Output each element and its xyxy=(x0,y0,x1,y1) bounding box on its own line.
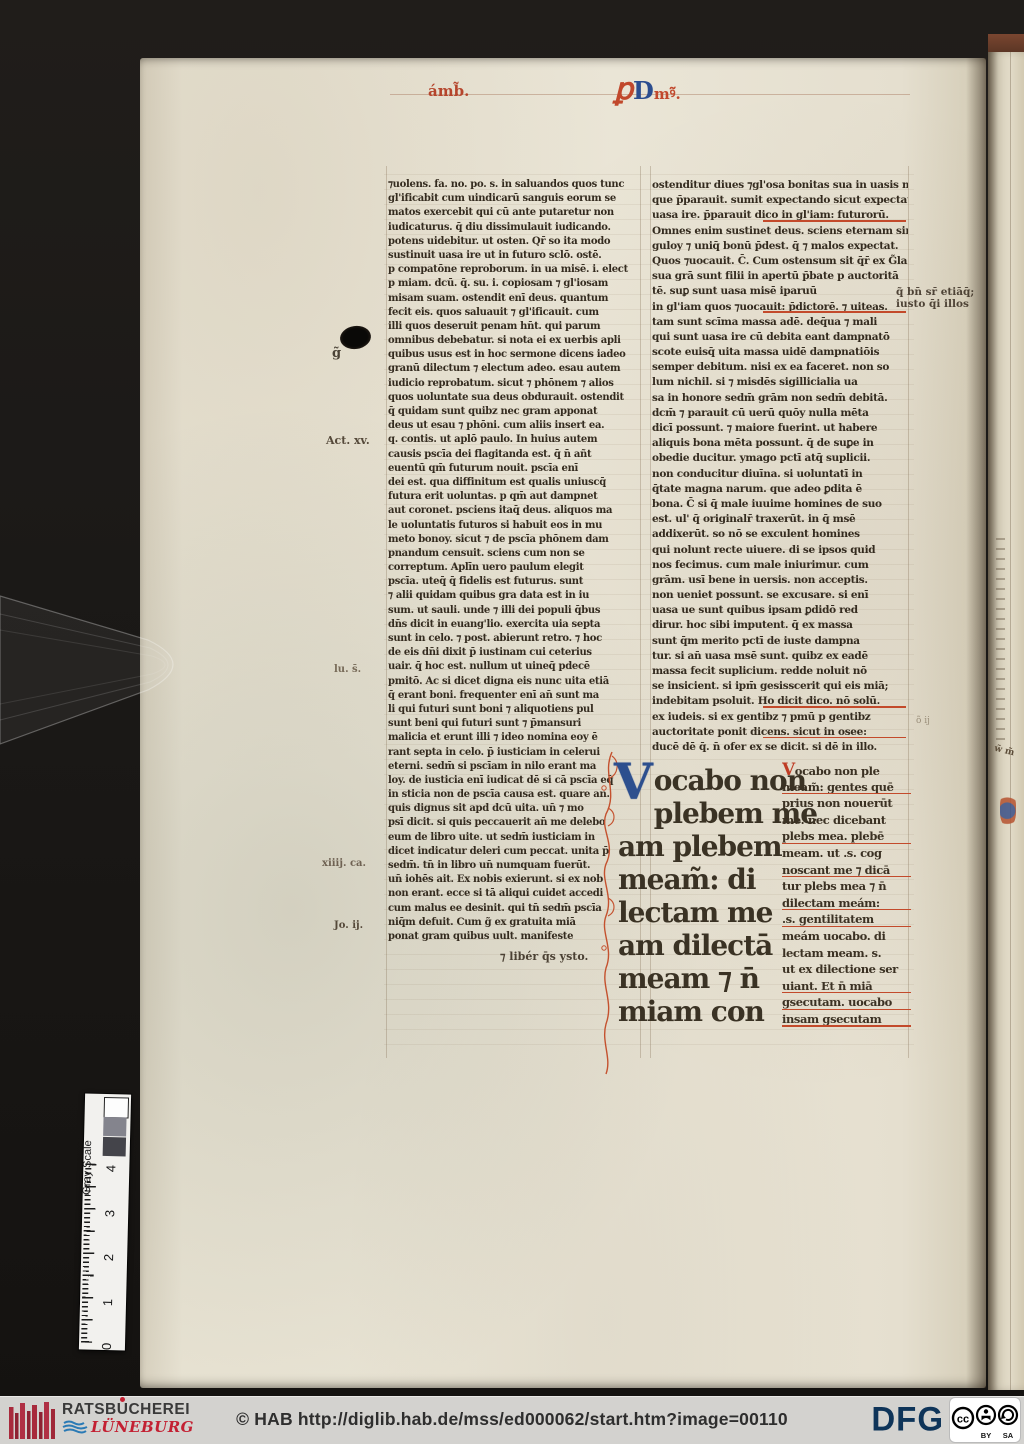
red-initial-v: V xyxy=(782,762,795,779)
running-title-left: ámb̃. xyxy=(428,82,469,100)
manuscript-text-line: sua grā sunt filii in apertū p̄bate p au… xyxy=(652,269,908,284)
gutter-shadow xyxy=(966,58,986,1388)
manuscript-text-line: ex iudeis. si ex gentibz ⁊ pmū p gentibz xyxy=(652,710,908,725)
gloss-line: plebs mea. plebē xyxy=(782,828,916,845)
manuscript-text-line: malicia et erunt illi ⁊ ideo nomina eoy … xyxy=(388,731,640,745)
manuscript-text-line: le uoluntatis futuros si habuit eos in m… xyxy=(388,519,640,533)
ruler-number: 3 xyxy=(102,1202,116,1216)
bleed-through-marks xyxy=(996,538,1005,748)
manuscript-text-line: qui nolunt recte uiuere. di se ipsos qui… xyxy=(652,543,908,558)
manuscript-text-line: indebitam psoluit. Ho dicit dico. nō sol… xyxy=(652,694,908,709)
ruler-number: 4 xyxy=(103,1158,117,1172)
manuscript-text-line: meto bonoy. sicut ⁊ de pscīa phōnem dam xyxy=(388,533,640,547)
gloss-column: Vocabo non plemeam̃: gentes quēprius non… xyxy=(782,762,916,1028)
manuscript-text-line: aliquis bona mēta possunt. q̄ de suꝑe in xyxy=(652,436,908,451)
manuscript-text-line: ostenditur diues ⁊gl'osa bonitas sua in … xyxy=(652,178,908,193)
margin-note: Jo. ij. xyxy=(334,920,363,931)
manuscript-text-line: aut coronet. psciens itaq̄ deus. aliquos… xyxy=(388,504,640,518)
manuscript-text-line: dei est. qua diffinitum est qualis unius… xyxy=(388,476,640,490)
gloss-line: tur plebs mea ⁊ n̄ xyxy=(782,878,916,895)
svg-text:cc: cc xyxy=(957,1414,969,1426)
faint-margin-mark: õ ij xyxy=(916,716,930,726)
lemma-line: meam ⁊ n̄ xyxy=(618,962,776,995)
margin-note: xiiij. ca. xyxy=(322,858,366,869)
manuscript-text-line: iudicio reprobatum. sicut ⁊ phōnem ⁊ ali… xyxy=(388,377,640,391)
manuscript-text-line: non conducitur diuīna. si uoluntatī in xyxy=(652,467,908,482)
manuscript-text-line: in gl'iam quos ⁊uocauit: p̄dictorē. ⁊ ui… xyxy=(652,300,908,315)
manuscript-text-line: que p̄parauit. sumit expectando sicut ex… xyxy=(652,193,908,208)
manuscript-text-line: q̄ quidam sunt quibz nec gram apponat xyxy=(388,405,640,419)
manuscript-text-line: obedie ducitur. ymago pctī atq̄ suplicii… xyxy=(652,451,908,466)
manuscript-text-line: non ueniet possunt. se excusare. si enī xyxy=(652,588,908,603)
gloss-line: prius non nouerūt xyxy=(782,795,916,812)
lemma-line: lectam me xyxy=(618,896,776,929)
gloss-line: ut ex dilectione ser xyxy=(782,961,916,978)
gloss-line: me. nec dicebant xyxy=(782,812,916,829)
manuscript-text-line: sum. ut sauli. unde ⁊ illi dei populi q̄… xyxy=(388,604,640,618)
manuscript-text-line: p miam. dcū. q̄. su. i. copiosam ⁊ gl'io… xyxy=(388,277,640,291)
manuscript-text-line: tur. si an̄ uasa msē sunt. quibz ex eadē xyxy=(652,649,908,664)
calibration-square-dark xyxy=(103,1137,126,1157)
cc-sa-label: SA xyxy=(998,1431,1018,1440)
manuscript-text-line: q̄ erant boni. frequenter enī an̄ sunt m… xyxy=(388,689,640,703)
ruler-number: 1 xyxy=(100,1291,114,1305)
gloss-line: meam̃: gentes quē xyxy=(782,779,916,796)
manuscript-text-line: p compatōne reproborum. in ua misē. i. e… xyxy=(388,263,640,277)
manuscript-text-line: guloy ⁊ uniq̄ bonū p̄dest. q̄ ⁊ malos ex… xyxy=(652,239,908,254)
calibration-square-white xyxy=(104,1097,130,1119)
gloss-line: dilectam meám: xyxy=(782,895,916,912)
manuscript-text-line: futura erit uoluntas. p qm̄ aut dampnet xyxy=(388,490,640,504)
manuscript-text-line: omnibus debebatur. si nota ei ex uerbis … xyxy=(388,334,640,348)
gloss-line: noscant me ⁊ dicā xyxy=(782,862,916,879)
manuscript-text-line: scote euisq̄ uita massa uidē dampnatiōis xyxy=(652,345,908,360)
manuscript-text-line: sunt q̄m merito pctī de iuste dampna xyxy=(652,634,908,649)
manuscript-text-line: pscīa. uteq̄ q̄ fidelis est futurus. sun… xyxy=(388,575,640,589)
manuscript-text-line: sunt in celo. ⁊ post. abierunt retro. ⁊ … xyxy=(388,632,640,646)
manuscript-text-line: dicī possunt. ⁊ maiore fuerint. ut haber… xyxy=(652,421,908,436)
manuscript-text-line: massa fecit suplicium. redde noluit nō xyxy=(652,664,908,679)
manuscript-text-line: grām. usī bene in uersis. non acceptis. xyxy=(652,573,908,588)
lemma-line: Vocabo non xyxy=(618,764,776,797)
manuscript-page: ámb̃. ꝑDmꝰ̃. ⁊uolens. fa. no. po. s. in … xyxy=(140,58,986,1388)
manuscript-text-line: q̄tate magna narum. que adeo ꝑdita ē xyxy=(652,482,908,497)
manuscript-text-line: misam suam. ostendit enī deus. quantum xyxy=(388,292,640,306)
manuscript-text-line: dn̄s dicit in euang'lio. exercita uia se… xyxy=(388,618,640,632)
blue-initial-v: V xyxy=(614,762,652,802)
manuscript-text-line: sustinuit uasa ire ut in futuro sclō. os… xyxy=(388,249,640,263)
manuscript-text-line: potens uidebitur. ut osten. Q̄r̄ so ita … xyxy=(388,235,640,249)
gloss-line: .s. gentilitatem xyxy=(782,911,916,928)
manuscript-text-line: euentū qm̄ futurum nouit. pscīa enī xyxy=(388,462,640,476)
manuscript-text-line: ⁊ alii quidam quibus gra data est in iu xyxy=(388,589,640,603)
manuscript-text-line: correptum. Aplīn uero paulum elegit xyxy=(388,561,640,575)
manuscript-text-line: Omnes enim sustinet deus. sciens eternam… xyxy=(652,224,908,239)
gloss-line: gsecutam. uocabo xyxy=(782,994,916,1011)
manuscript-text-line: semper debitum. nisi ex ea faceret. non … xyxy=(652,360,908,375)
parchment-hole xyxy=(339,324,373,351)
margin-note: g̃ xyxy=(332,346,341,361)
manuscript-text-line: est. ul' q̄ originalr̄ traxerūt. in q̄ m… xyxy=(652,512,908,527)
manuscript-text-line: bona. C̄ si q̄ male iuuime homines de su… xyxy=(652,497,908,512)
large-lemma-text: Vocabo nonplebem meam plebemmeam̃: dilec… xyxy=(618,764,776,1028)
manuscript-text-line: deus ut esau ⁊ phōni. cum aliis insert e… xyxy=(388,419,640,433)
margin-note: lu. s̄. xyxy=(334,664,361,675)
footer-bar: RATSBUCHEREI LÜNEBURG © HAB http://digli… xyxy=(0,1396,1024,1444)
manuscript-text-line: uasa ue sunt quibus ipsam ꝑdidō red xyxy=(652,603,908,618)
lemma-line: meam̃: di xyxy=(618,863,776,896)
edge-script-marks: w̃ m̃ xyxy=(993,744,1015,759)
manuscript-text-line: lum nichil. si ⁊ misdēs sigillicialia ua xyxy=(652,375,908,390)
lemma-line: am dilectā xyxy=(618,929,776,962)
cc-license-badge: cc BY SA xyxy=(950,1398,1020,1442)
manuscript-text-line: causis pscīa dei flagitanda est. q̄ n̄ a… xyxy=(388,448,640,462)
column-rule xyxy=(386,166,387,1058)
lemma-line: am plebem xyxy=(618,830,776,863)
manuscript-text-line: addixerūt. so nō se exculent homines xyxy=(652,527,908,542)
gloss-line: lectam meam. s. xyxy=(782,945,916,962)
manuscript-text-line: uair. q̄ hoc est. nullum ut uineq̄ pdecē xyxy=(388,660,640,674)
manuscript-text-line: fecit eis. quos saluauit ⁊ gl'ificauit. … xyxy=(388,306,640,320)
dfg-logo: DFG xyxy=(871,1399,944,1439)
ruler-numbers: 43210 xyxy=(85,1093,131,1094)
manuscript-text-line: dirur. hoc sibi imputent. q̄ ex massa xyxy=(652,618,908,633)
gloss-line: uiant. Et n̄ miā xyxy=(782,978,916,995)
facing-page-edge: w̃ m̃ xyxy=(988,52,1024,1390)
manuscript-text-line: nos fecimus. cum male iniurimur. cum xyxy=(652,558,908,573)
ruler-number: 2 xyxy=(101,1247,115,1261)
manuscript-text-line: se insicient. si ipm̄ gesisscerit qui ei… xyxy=(652,679,908,694)
manuscript-text-line: granū dilectum ⁊ electum adeo. esau aute… xyxy=(388,362,640,376)
manuscript-text-line: tē. suꝑ sunt uasa misē iparuū xyxy=(652,284,908,299)
grayscale-calibration-ruler: Gray Scale 43210 xyxy=(79,1093,131,1350)
manuscript-text-line: Quos ⁊uocauit. C̄. Cum ostensum sit q̄r̄… xyxy=(652,254,908,269)
manuscript-text-line: quibus usus est in hoc sermone dicens ia… xyxy=(388,348,640,362)
manuscript-text-line: de eis dn̄i dixit p̄ iustinam cui ceteri… xyxy=(388,646,640,660)
manuscript-text-line: pmitō. Ac si dicet digna eis nunc uita e… xyxy=(388,675,640,689)
calibration-square-gray xyxy=(103,1117,126,1137)
lemma-line: miam con xyxy=(618,995,776,1028)
margin-note: Act. xv. xyxy=(326,434,370,447)
page-edge-line xyxy=(1010,52,1011,1390)
manuscript-text-line: dcm̄ ⁊ parauit cū uerū quōy nulla mēta xyxy=(652,406,908,421)
catchnote: ⁊ libér q̄s ysto. xyxy=(500,950,588,963)
gloss-line: meam. ut .s. cog xyxy=(782,845,916,862)
gloss-line: Vocabo non ple xyxy=(782,762,916,779)
manuscript-text-line: iudicaturus. q̄ diu dissimulauit iudican… xyxy=(388,221,640,235)
manuscript-text-line: matos exercebit qui cū ante putaretur no… xyxy=(388,206,640,220)
photographed-manuscript-scan: ámb̃. ꝑDmꝰ̃. ⁊uolens. fa. no. po. s. in … xyxy=(0,0,1024,1444)
manuscript-text-line: sa in honore sedm̄ grām non sedm̄ debitā… xyxy=(652,391,908,406)
blue-initial-letter: D xyxy=(633,76,654,105)
rubric-suffix: mꝰ̃. xyxy=(654,85,681,103)
manuscript-text-line: tam sunt scīma massa adē. deq̄ua ⁊ mali xyxy=(652,315,908,330)
rubric-flourish: ꝑ xyxy=(614,72,633,107)
manuscript-text-line: ⁊uolens. fa. no. po. s. in saluandos quo… xyxy=(388,178,640,192)
manuscript-text-line: uasa ire. p̄parauit dico in gl'iam: futu… xyxy=(652,208,908,223)
manuscript-text-line: gl'ificabit cum uindicarū sanguis eorum … xyxy=(388,192,640,206)
running-title-right: ꝑDmꝰ̃. xyxy=(614,72,681,107)
text-column-right: ostenditur diues ⁊gl'osa bonitas sua in … xyxy=(652,178,908,755)
manuscript-text-line: quos uoluntate sua deus obdurauit. osten… xyxy=(388,391,640,405)
gloss-line: insam gsecutam xyxy=(782,1011,916,1028)
manuscript-text-line: sunt beni qui futuri sunt ⁊ p̄mansuri xyxy=(388,717,640,731)
manuscript-text-line: qui sunt uasa ire cū debita eant dampnat… xyxy=(652,330,908,345)
manuscript-text-line: li qui futuri sunt boni ⁊ aliquotiens pu… xyxy=(388,703,640,717)
cc-by-label: BY xyxy=(976,1431,996,1440)
manuscript-text-line: illi quos deseruit penam hn̄t. qui parum xyxy=(388,320,640,334)
plastic-page-holder xyxy=(0,586,210,756)
manuscript-text-line: pnandum censuit. sciens cum non se xyxy=(388,547,640,561)
manuscript-text-line: q. contis. ut aplō paulo. In huius autem xyxy=(388,433,640,447)
edge-decorated-initial xyxy=(1000,792,1016,826)
manuscript-text-line: ducē dē q̄. n̄ ofer ex se dicit. si dē i… xyxy=(652,740,908,755)
ruler-number: 0 xyxy=(99,1336,113,1350)
manuscript-text-line: auctoritate ponit dicens. sicut in osee: xyxy=(652,725,908,740)
gloss-line: meám uocabo. di xyxy=(782,928,916,945)
